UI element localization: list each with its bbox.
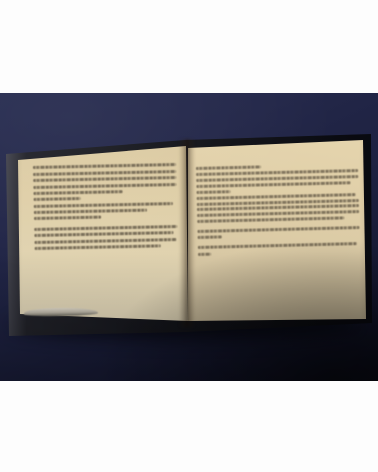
book <box>0 93 378 381</box>
photo-frame <box>0 0 378 472</box>
typewritten-line <box>198 235 222 239</box>
gutter-crease <box>179 139 195 327</box>
typewritten-line <box>198 252 211 255</box>
book-photograph <box>0 93 378 381</box>
